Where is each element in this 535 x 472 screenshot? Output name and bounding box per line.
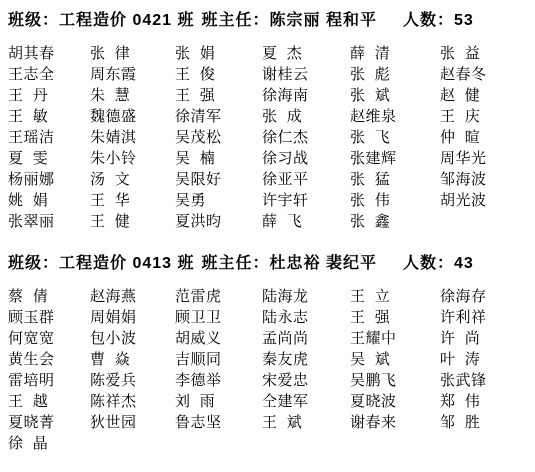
student-name: 吴勇: [175, 191, 262, 212]
student-name: 王瑶洁: [8, 128, 90, 149]
student-name: 陆海龙: [262, 287, 350, 308]
student-name: 王志全: [8, 65, 90, 86]
student-name: 夏晓菁: [8, 413, 90, 434]
student-name: 徐 晶: [8, 434, 90, 455]
student-name: 许利祥: [440, 308, 535, 329]
student-name: 胡光波: [440, 191, 535, 212]
empty-cell: [90, 434, 175, 455]
student-name: 薛 清: [350, 44, 440, 65]
student-name: 赵维泉: [350, 107, 440, 128]
student-name: 汤 文: [90, 170, 175, 191]
student-name: 吴 楠: [175, 149, 262, 170]
student-name: 邹 胜: [440, 413, 535, 434]
student-name: 张 成: [262, 107, 350, 128]
student-name: 张 律: [90, 44, 175, 65]
student-name: 顾玉群: [8, 308, 90, 329]
student-name: 张建辉: [350, 149, 440, 170]
student-name: 徐海南: [262, 86, 350, 107]
student-name: 王 强: [350, 308, 440, 329]
student-name: 黄生会: [8, 350, 90, 371]
student-name: 仝建军: [262, 392, 350, 413]
student-name: 赵 健: [440, 86, 535, 107]
student-name: 郑 伟: [440, 392, 535, 413]
empty-cell: [440, 434, 535, 455]
student-name: 魏德盛: [90, 107, 175, 128]
class-section-0421: 班级：工程造价 0421 班班主任：陈宗丽 程和平人数：53 胡其春张 律张 娟…: [8, 10, 535, 233]
student-name: 徐海存: [440, 287, 535, 308]
class-label: 班级：: [8, 255, 59, 272]
student-name: 薛 飞: [262, 212, 350, 233]
student-name: 杨丽娜: [8, 170, 90, 191]
student-name: 孟尚尚: [262, 329, 350, 350]
advisor-label: 班主任：: [202, 255, 270, 272]
student-name: 何宽宽: [8, 329, 90, 350]
student-name: 周娟娟: [90, 308, 175, 329]
student-name: 吴 斌: [350, 350, 440, 371]
count-label: 人数：: [403, 12, 454, 29]
student-name: 胡威义: [175, 329, 262, 350]
student-name: 王耀中: [350, 329, 440, 350]
advisor-label: 班主任：: [202, 12, 270, 29]
empty-cell: [350, 434, 440, 455]
student-name: 狄世园: [90, 413, 175, 434]
student-name: 张 彪: [350, 65, 440, 86]
student-name: 夏洪昀: [175, 212, 262, 233]
student-name: 张 伟: [350, 191, 440, 212]
student-name: 徐亚平: [262, 170, 350, 191]
student-name: 夏 杰: [262, 44, 350, 65]
student-name: 范雷虎: [175, 287, 262, 308]
student-name: 王 健: [90, 212, 175, 233]
empty-cell: [262, 434, 350, 455]
student-name-grid: 蔡 倩赵海燕范雷虎陆海龙王 立徐海存顾玉群周娟娟顾卫卫陆永志王 强许利祥何宽宽包…: [8, 287, 535, 455]
student-name: 陈祥杰: [90, 392, 175, 413]
student-name: 谢桂云: [262, 65, 350, 86]
student-name: 包小波: [90, 329, 175, 350]
student-name: 吴茂松: [175, 128, 262, 149]
student-name: 徐习战: [262, 149, 350, 170]
empty-cell: [440, 212, 535, 233]
student-name: 朱 慧: [90, 86, 175, 107]
student-name: 王 俊: [175, 65, 262, 86]
advisor-names: 陈宗丽 程和平: [270, 12, 377, 29]
class-roster-document: 班级：工程造价 0421 班班主任：陈宗丽 程和平人数：53 胡其春张 律张 娟…: [0, 0, 535, 472]
student-name: 徐清军: [175, 107, 262, 128]
student-name: 刘 雨: [175, 392, 262, 413]
class-header: 班级：工程造价 0421 班班主任：陈宗丽 程和平人数：53: [8, 10, 535, 31]
student-name: 秦友虎: [262, 350, 350, 371]
class-header: 班级：工程造价 0413 班班主任：杜忠裕 裴纪平人数：43: [8, 253, 535, 274]
student-name: 邹海波: [440, 170, 535, 191]
student-count: 43: [454, 255, 474, 272]
student-name: 王 华: [90, 191, 175, 212]
class-label: 班级：: [8, 12, 59, 29]
student-name: 蔡 倩: [8, 287, 90, 308]
student-name: 许宇轩: [262, 191, 350, 212]
student-name: 曹 焱: [90, 350, 175, 371]
student-name: 张 娟: [175, 44, 262, 65]
student-name: 王 庆: [440, 107, 535, 128]
student-name: 吴限好: [175, 170, 262, 191]
student-name: 胡其春: [8, 44, 90, 65]
student-name: 赵海燕: [90, 287, 175, 308]
student-name: 陈爱兵: [90, 371, 175, 392]
student-name: 鲁志坚: [175, 413, 262, 434]
student-name: 王 强: [175, 86, 262, 107]
class-name: 工程造价 0421 班: [59, 12, 195, 29]
student-name: 雷培明: [8, 371, 90, 392]
student-name: 赵春冬: [440, 65, 535, 86]
student-name: 姚 娟: [8, 191, 90, 212]
student-name: 王 敏: [8, 107, 90, 128]
student-name: 叶 涛: [440, 350, 535, 371]
student-name: 王 丹: [8, 86, 90, 107]
student-name: 张武锋: [440, 371, 535, 392]
student-name: 宋爱忠: [262, 371, 350, 392]
student-name: 谢春来: [350, 413, 440, 434]
student-name: 朱婧淇: [90, 128, 175, 149]
student-name: 周华光: [440, 149, 535, 170]
student-name: 徐仁杰: [262, 128, 350, 149]
student-name: 朱小铃: [90, 149, 175, 170]
student-name: 李德举: [175, 371, 262, 392]
student-name: 张 猛: [350, 170, 440, 191]
student-name: 周东霞: [90, 65, 175, 86]
student-name: 张 斌: [350, 86, 440, 107]
student-name: 夏 雯: [8, 149, 90, 170]
student-name: 夏晓波: [350, 392, 440, 413]
student-name: 仲 暄: [440, 128, 535, 149]
advisor-names: 杜忠裕 裴纪平: [270, 255, 377, 272]
class-section-0413: 班级：工程造价 0413 班班主任：杜忠裕 裴纪平人数：43 蔡 倩赵海燕范雷虎…: [8, 253, 535, 455]
student-name: 张翠丽: [8, 212, 90, 233]
student-name: 王 立: [350, 287, 440, 308]
student-name: 王 斌: [262, 413, 350, 434]
student-name: 顾卫卫: [175, 308, 262, 329]
student-name: 陆永志: [262, 308, 350, 329]
student-count: 53: [454, 12, 474, 29]
student-name: 张 飞: [350, 128, 440, 149]
student-name: 张 鑫: [350, 212, 440, 233]
student-name: 吉顺同: [175, 350, 262, 371]
student-name: 吴鹏飞: [350, 371, 440, 392]
student-name: 张 益: [440, 44, 535, 65]
empty-cell: [175, 434, 262, 455]
student-name: 许 尚: [440, 329, 535, 350]
class-name: 工程造价 0413 班: [59, 255, 195, 272]
count-label: 人数：: [403, 255, 454, 272]
student-name-grid: 胡其春张 律张 娟夏 杰薛 清张 益王志全周东霞王 俊谢桂云张 彪赵春冬王 丹朱…: [8, 44, 535, 233]
student-name: 王 越: [8, 392, 90, 413]
